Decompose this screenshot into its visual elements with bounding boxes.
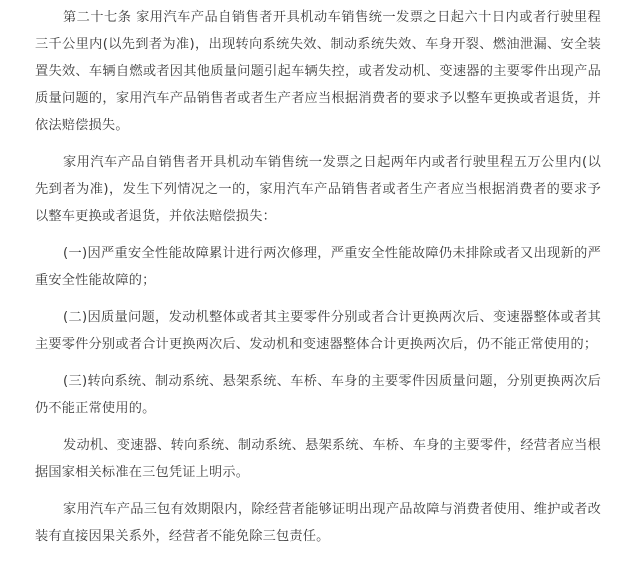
article-27-paragraph: 第二十七条 家用汽车产品自销售者开具机动车销售统一发票之日起六十日内或者行驶里程… [35,4,601,139]
clause-item-1: (一)因严重安全性能故障累计进行两次修理，严重安全性能故障仍未排除或者又出现新的… [35,240,601,294]
clause-item-2: (二)因质量问题，发动机整体或者其主要零件分别或者合计更换两次后、变速器整体或者… [35,304,601,358]
clause-item-3: (三)转向系统、制动系统、悬架系统、车桥、车身的主要零件因质量问题，分别更换两次… [35,368,601,422]
main-parts-disclosure-paragraph: 发动机、变速器、转向系统、制动系统、悬架系统、车桥、车身的主要零件，经营者应当根… [35,432,601,486]
two-year-clause-paragraph: 家用汽车产品自销售者开具机动车销售统一发票之日起两年内或者行驶里程五万公里内(以… [35,149,601,230]
liability-paragraph: 家用汽车产品三包有效期限内，除经营者能够证明出现产品故障与消费者使用、维护或者改… [35,496,601,550]
article-body: 第二十七条 家用汽车产品自销售者开具机动车销售统一发票之日起六十日内或者行驶里程… [35,4,601,560]
